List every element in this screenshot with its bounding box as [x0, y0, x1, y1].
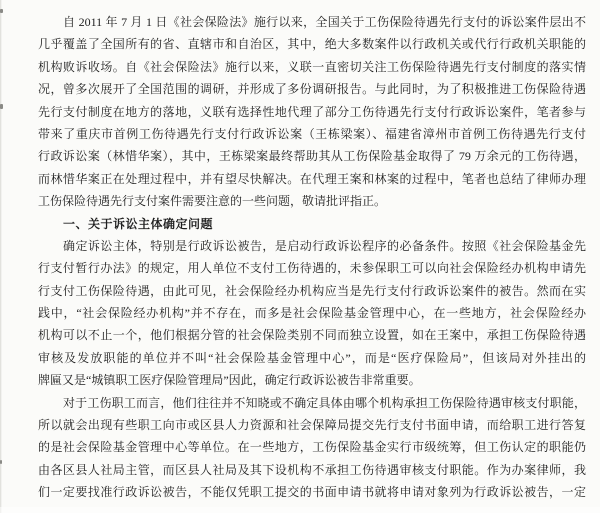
- scan-artifact-speck: [0, 460, 2, 464]
- text-line: 审核及发放职能的单位并不叫“社会保险基金管理中心”，而是“医疗保险局”，但该局对…: [38, 347, 586, 369]
- text-line: 行支付暂行办法》的规定，用人单位不支付工伤待遇的，未参保职工可以向社会保险经办机…: [38, 257, 586, 279]
- document-page: 自 2011 年 7 月 1 日《社会保险法》施行以来，全国关于工伤保险待遇先行…: [0, 0, 600, 513]
- text-line: 践中，“社会保险经办机构”并不存在，而多是社会保险基金管理中心，在一些地方，社会…: [38, 302, 586, 324]
- text-line: 由各区县人社局主管，而区县人社局及其下设机构不承担工伤待遇审核支付职能。作为办案…: [38, 459, 586, 481]
- text-line: 行政诉讼案（林惜华案），其中，王栋梁案最终帮助其从工伤保险基金取得了 79 万余…: [38, 145, 586, 167]
- text-line: 机构败诉收场。自《社会保险法》施行以来，义联一直密切关注工伤保险待遇先行支付制度…: [38, 56, 586, 78]
- text-line: 的是社会保险基金管理中心等单位。在一些地方，工伤保险基金实行市级统筹，但工伤认定…: [38, 436, 586, 458]
- text-line: 对于工伤职工而言，他们往往并不知晓或不确定具体由哪个机构承担工伤保险待遇审核支付…: [38, 392, 586, 414]
- text-line: 而林惜华案正在处理过程中，并有望尽快解决。在代理王案和林案的过程中，笔者也总结了…: [38, 168, 586, 190]
- text-line: 带来了重庆市首例工伤待遇先行支付行政诉讼案（王栋梁案）、福建省漳州市首例工伤待遇…: [38, 123, 586, 145]
- text-line: 工伤保险待遇先行支付案件需要注意的一些问题，敬请批评指正。: [38, 190, 586, 212]
- section-heading: 一、关于诉讼主体确定问题: [38, 213, 586, 235]
- text-line: 们一定要找准行政诉讼被告，不能仅凭职工提交的书面申请书就将申请对象列为行政诉讼被…: [38, 481, 586, 503]
- document-text-block: 自 2011 年 7 月 1 日《社会保险法》施行以来，全国关于工伤保险待遇先行…: [38, 11, 586, 504]
- text-line: 几乎覆盖了全国所有的省、直辖市和自治区，其中，绝大多数案件以行政机关或代行行政机…: [38, 33, 586, 55]
- text-line: 自 2011 年 7 月 1 日《社会保险法》施行以来，全国关于工伤保险待遇先行…: [38, 11, 586, 33]
- text-line: 确定诉讼主体，特别是行政诉讼被告，是启动行政诉讼程序的必备条件。按照《社会保险基…: [38, 235, 586, 257]
- scan-artifact-speck: [0, 104, 3, 109]
- scan-artifact-speck: [0, 9, 3, 13]
- text-line: 先行支付制度在地方的落地，义联有选择性地代理了部分工伤待遇先行支付行政诉讼案件，…: [38, 101, 586, 123]
- text-line: 况，曾多次展开了全国范围的调研，并形成了多份调研报告。与此同时，为了积极推进工伤…: [38, 78, 586, 100]
- text-line: 牌匾又是“城镇职工医疗保险管理局”因此，确定行政诉讼被告非常重要。: [38, 369, 586, 391]
- text-line: 行支付工伤保险待遇，由此可见，社会保险经办机构应当是先行支付行政诉讼案件的被告。…: [38, 280, 586, 302]
- scan-page-bottom-edge: [0, 507, 600, 513]
- text-line: 所以就会出现有些职工向市或区县人力资源和社会保障局提交先行支付书面申请，而给职工…: [38, 414, 586, 436]
- text-line: 机构可以不止一个，他们根据分管的社会保险类别不同而独立设置，如在王案中，承担工伤…: [38, 324, 586, 346]
